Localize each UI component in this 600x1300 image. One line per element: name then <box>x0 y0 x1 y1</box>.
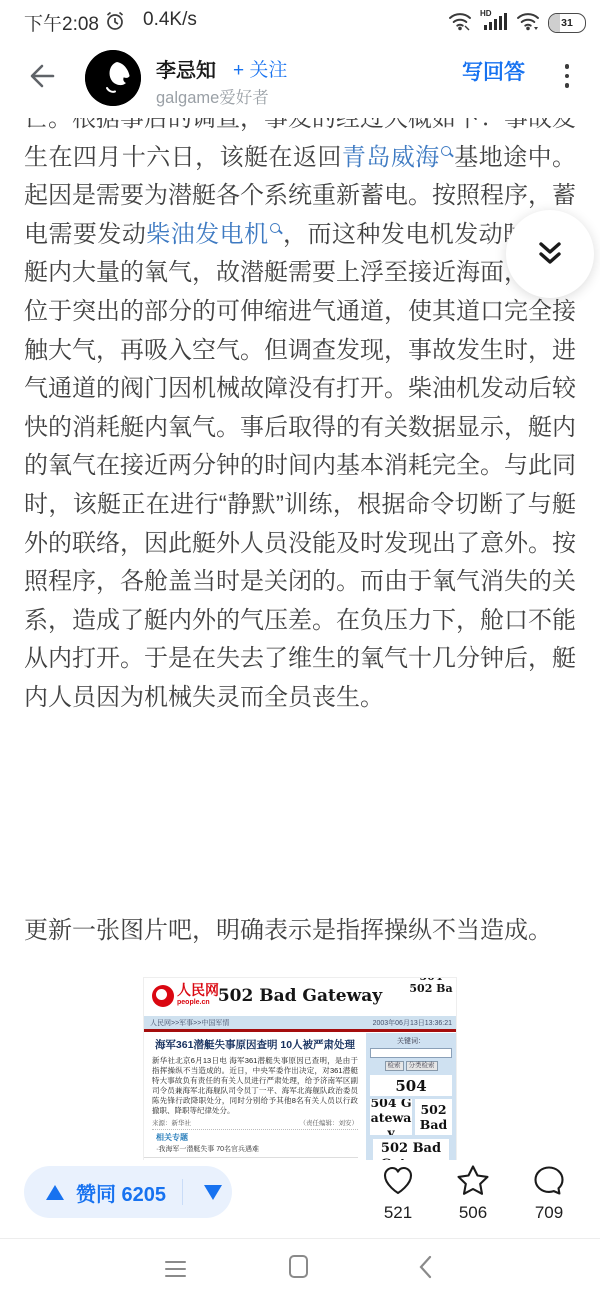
embed-body-text: 新华社北京6月13日电 海军361潜艇失事原因已查明，是由于指挥操纵不当造成的。… <box>152 1056 358 1116</box>
vote-pill: 赞同 6205 <box>24 1166 232 1218</box>
author-bio: galgame爱好者 <box>156 84 269 108</box>
favorite-button[interactable]: 506 <box>438 1164 508 1223</box>
battery-percent: 31 <box>561 17 573 29</box>
heart-icon <box>381 1164 415 1196</box>
avatar[interactable] <box>85 50 141 106</box>
embed-editor: （责任编辑：刘安） <box>300 1118 359 1127</box>
back-button[interactable] <box>26 60 58 92</box>
embedded-news-image[interactable]: 人民网 people.cn 502 Bad Gateway 504 502 Ba… <box>144 978 456 1160</box>
answer-header: 李忌知 + 关注 galgame爱好者 写回答 <box>0 42 600 118</box>
cell-signal-hd-icon: HD <box>480 8 508 37</box>
embed-category-search-button: 分类检索 <box>406 1061 438 1071</box>
status-net-speed: 0.4K/s <box>143 9 197 31</box>
embed-article-column: 海军361潜艇失事原因查明 10人被严肃处理 新华社北京6月13日电 海军361… <box>144 1033 366 1160</box>
author-name[interactable]: 李忌知 <box>156 54 216 83</box>
upvote-button[interactable]: 赞同 6205 <box>76 1178 166 1207</box>
upvote-icon[interactable] <box>46 1185 64 1200</box>
downvote-icon[interactable] <box>204 1185 222 1200</box>
embed-related-title: 相关专题 <box>156 1132 366 1143</box>
entity-link[interactable]: 柴油发电机 <box>146 221 268 248</box>
nav-menu-icon[interactable] <box>165 1261 186 1277</box>
svg-text:HD: HD <box>480 9 492 18</box>
entity-link[interactable]: 青岛威海 <box>342 144 440 171</box>
comment-count: 709 <box>514 1203 584 1223</box>
collapse-answer-button[interactable] <box>506 210 594 298</box>
wifi-icon <box>515 9 541 36</box>
embed-source: 来源：新华社 <box>152 1118 191 1127</box>
divider <box>152 1129 358 1130</box>
embed-datetime: 2003年06月13日13:36:21 <box>373 1018 452 1028</box>
error-box-502-bad-gateway: 502 Bad Gateway <box>373 1139 449 1160</box>
body-text-segment: ，而这种发电机发动时消耗艇内大量的氧气，故潜艇需要上浮至接近海面，打开位于突出的… <box>24 221 576 711</box>
like-count: 521 <box>363 1203 433 1223</box>
error-box-504-gateway: 504 Gateway <box>370 1099 412 1135</box>
answer-body-text: 亡。根据事后的调查，事发的经过大概如下：事故发生在四月十六日，该艇在返回青岛威海… <box>24 118 576 718</box>
embed-sidebar-column: 关键词： 检索 分类检索 504 504 Gateway 502 Bad 502… <box>366 1033 456 1160</box>
more-options-icon[interactable] <box>558 58 576 94</box>
embed-breadcrumb-bar: 人民网>>军事>>中国军情 2003年06月13日13:36:21 <box>144 1016 456 1029</box>
screen: 下午2:08 0.4K/s HD <box>0 0 600 1300</box>
comment-button[interactable]: 709 <box>514 1164 584 1223</box>
search-icon <box>270 223 280 233</box>
nav-home-icon[interactable] <box>289 1255 308 1278</box>
alarm-icon <box>104 10 126 37</box>
embed-search-button: 检索 <box>385 1061 404 1071</box>
action-bar: 赞同 6205 521 506 709 <box>0 1160 600 1238</box>
like-button[interactable]: 521 <box>363 1164 433 1223</box>
comment-icon <box>532 1164 566 1196</box>
search-icon <box>441 146 451 156</box>
write-answer-button[interactable]: 写回答 <box>462 56 525 86</box>
divider <box>182 1179 183 1205</box>
wifi-hotspot-icon <box>447 9 473 36</box>
corner-error-text: 504 502 Ba <box>408 978 454 997</box>
favorite-count: 506 <box>438 1203 508 1223</box>
embed-breadcrumb: 人民网>>军事>>中国军情 <box>150 1018 229 1028</box>
embed-keyword-label: 关键词： <box>370 1036 452 1046</box>
error-box-504: 504 <box>370 1075 452 1096</box>
update-note-text: 更新一张图片吧，明确表示是指挥操纵不当造成。 <box>24 912 576 951</box>
double-chevron-down-icon <box>535 238 565 270</box>
nav-back-icon[interactable] <box>418 1255 432 1284</box>
embed-headline: 海军361潜艇失事原因查明 10人被严肃处理 <box>144 1037 366 1052</box>
system-nav-bar <box>0 1239 600 1300</box>
star-icon <box>456 1164 490 1196</box>
answer-body-clip: 亡。根据事后的调查，事发的经过大概如下：事故发生在四月十六日，该艇在返回青岛威海… <box>24 118 576 718</box>
status-time: 下午2:08 <box>24 9 99 36</box>
embed-keyword-input <box>370 1048 452 1058</box>
battery-icon: 31 <box>548 13 586 33</box>
embed-related-item: ·我海军一潜艇失事 70名官兵遇难 <box>156 1144 366 1154</box>
follow-button[interactable]: + 关注 <box>233 55 287 82</box>
status-bar: 下午2:08 0.4K/s HD <box>0 0 600 42</box>
error-box-502-bad: 502 Bad <box>415 1099 452 1135</box>
